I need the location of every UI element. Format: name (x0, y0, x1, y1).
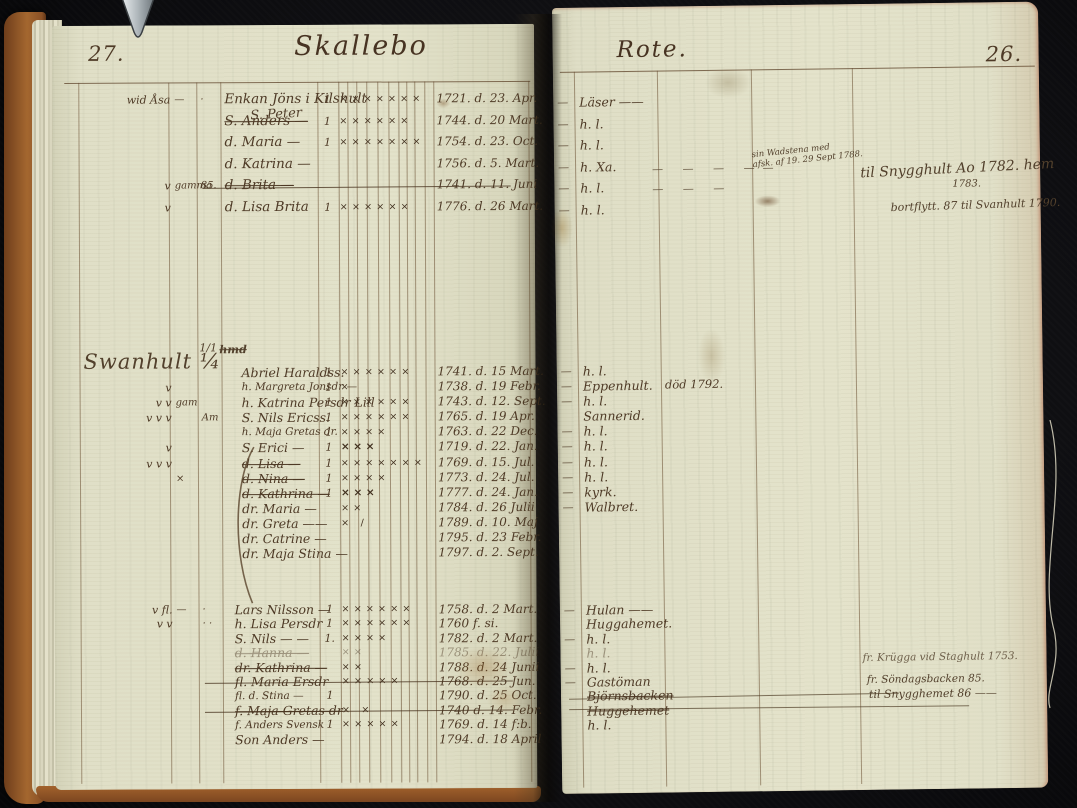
birth-date: 1777. d. 24. Jan. (438, 485, 536, 501)
literacy-note: h. l. (584, 469, 608, 484)
birth-date: 1776. d. 26 Mart. (437, 196, 535, 218)
birth-date: 1789. d. 10. Maj (438, 515, 536, 531)
page-title-left: Skallebo (294, 30, 428, 62)
header-rule (64, 81, 530, 84)
margin-mark: × (176, 471, 200, 486)
margin-mark: v (82, 381, 172, 396)
dash-mark: — (562, 484, 576, 499)
dash-row: — — — (652, 182, 732, 196)
ledger-row: d. Katrina — 1756. d. 5. Mart. (53, 153, 535, 177)
dash-mark: — (562, 454, 576, 469)
person-name: f. Maja Gretas dr (227, 703, 343, 718)
count-mark: 1 (320, 380, 338, 395)
person-name: h. Lisa Persdr (227, 617, 323, 632)
attendance-ticks: ××××× (342, 674, 434, 689)
left-page: 27. Skallebo wid Åsa — · Enkan Jöns i Ki… (52, 24, 537, 790)
page-title-right: Rote. (616, 36, 688, 63)
margin-mark: — (174, 89, 198, 111)
fraction-note: 1/1 (199, 341, 217, 354)
person-name: fl. d. Stina — (227, 689, 304, 704)
birth-date: 1741. d. 11. Juni (437, 174, 535, 196)
literacy-note: Huggehemet (587, 703, 669, 718)
ledger-row: d. Maria — 1 ××××××× 1754. d. 23. Oct. (52, 131, 534, 155)
literacy-note: h. l. (579, 113, 603, 135)
dash-mark: — (564, 604, 578, 619)
dash-mark: — (562, 469, 576, 484)
literacy-note: Läser —— (579, 91, 644, 113)
literacy-note: h. l. (583, 363, 607, 378)
count-mark: 1 (320, 425, 338, 440)
attendance-ticks: × × (342, 703, 434, 718)
attendance-ticks: ×××××× (342, 602, 434, 617)
count-mark: 1 (320, 486, 338, 501)
attendance-ticks: ××× (341, 485, 433, 500)
ledger-row: dr. Maja Stina — 1797. d. 2. Sept. (54, 545, 536, 562)
dash-mark: — (562, 500, 576, 515)
dash-mark: — (558, 178, 572, 200)
page-clip (116, 0, 160, 44)
margin-mark: gamma (175, 176, 199, 198)
attendance-ticks: ×××× (342, 631, 434, 646)
literacy-note: h. Xa. (580, 156, 617, 178)
household-block-lars-nilsson: v fl. — · Lars Nilsson — 1 ×××××× 1758. … (55, 602, 538, 748)
margin-mark: 85. (201, 176, 223, 198)
margin-mark: v (81, 197, 171, 219)
attendance-ticks: ××××× (342, 717, 434, 732)
loose-thread (1020, 420, 1076, 710)
dash-mark: — (561, 379, 575, 394)
attendance-ticks: × / (341, 515, 433, 530)
attendance-ticks: ××××××× (339, 88, 431, 110)
birth-date: 1790. d. 25 Oct. (439, 688, 537, 703)
margin-mark: v (81, 176, 171, 198)
remark-year: 1783. (952, 178, 981, 189)
ledger-row: Son Anders — 1794. d. 18 April (55, 731, 537, 747)
household-block-swanhult: Abriel Haraldss. 1 ×××××× 1741. d. 15 Ma… (53, 364, 536, 562)
person-name: S. Nils Ericss. (226, 410, 330, 426)
birth-date: 1782. d. 2 Mart. (439, 631, 537, 646)
birth-date: 1758. d. 2 Mart. (439, 602, 537, 617)
literacy-note: h. l. (586, 646, 610, 661)
attendance-ticks: ×××××× (341, 410, 433, 425)
dash-mark: — (557, 92, 571, 114)
attendance-ticks: ×××××× (341, 395, 433, 410)
person-name: Son Anders — (227, 732, 325, 747)
person-name: d. Maria — (224, 132, 300, 154)
birth-date: 1769. d. 14 f:b. (439, 717, 537, 732)
birth-date: 1797. d. 2. Sept. (438, 545, 536, 561)
remark-sondagsbacken: fr. Söndagsbacken 85. (867, 672, 985, 686)
dash-mark: — (562, 439, 576, 454)
literacy-note: Sannerid. (583, 408, 645, 424)
count-mark: 1 (318, 89, 336, 111)
dash-mark: — (565, 676, 579, 691)
birth-date: 1744. d. 20 Mart. (436, 109, 534, 131)
birth-date: 1719. d. 22. Jan. (438, 439, 536, 455)
margin-mark: v v (82, 396, 172, 411)
attendance-ticks: ×× (341, 500, 433, 515)
margin-mark: wid Åsa (80, 89, 170, 111)
count-mark: 1 (318, 132, 336, 154)
margin-mark: · (200, 89, 222, 111)
literacy-note: Walbret. (584, 499, 638, 515)
margin-mark: gam (176, 396, 200, 411)
birth-date: 1785. d. 22. Julii (439, 645, 537, 660)
count-mark: 1 (320, 470, 338, 485)
count-mark: 1 (320, 410, 338, 425)
literacy-note: h. l. (584, 439, 608, 454)
dash-mark: — (561, 394, 575, 409)
margin-mark: v (82, 441, 172, 456)
margin-mark: · (203, 603, 225, 618)
grouping-brace (230, 445, 259, 605)
count-mark: 1 (319, 365, 337, 380)
margin-mark: v v v (82, 411, 172, 426)
count-mark: 1 (321, 603, 339, 617)
inserted-name-correction: S. Peter (250, 106, 302, 124)
birth-date: 1784. d. 26 Julii (438, 500, 536, 516)
count-mark: 1 (319, 197, 337, 219)
literacy-note: h. l. (587, 718, 611, 733)
dash-row: — — — —— (652, 161, 782, 176)
literacy-note: kyrk. (584, 484, 616, 500)
count-mark: 1 (321, 689, 339, 703)
attendance-ticks: ××××××× (341, 455, 433, 470)
margin-mark: · · (203, 618, 225, 633)
attendance-ticks: ×××××× (342, 617, 434, 632)
birth-date: 1743. d. 12. Sept. (438, 394, 536, 410)
birth-date: 1773. d. 24. Jul. (438, 470, 536, 486)
person-name: d. Hanna — (227, 646, 309, 661)
dash-mark: — (558, 157, 572, 179)
birth-date: 1794. d. 18 April (439, 731, 537, 746)
page-number-left: 27. (88, 42, 125, 66)
birth-date: 1760 f. si. (439, 616, 537, 631)
ledger-row: v gamma 85. d. Brita — 1741. d. 11. Juni (53, 174, 535, 198)
person-name: d. Katrina — (225, 154, 311, 176)
margin-mark: — (177, 603, 201, 618)
dash-mark: — (565, 661, 579, 676)
attendance-ticks: ××××××× (339, 132, 431, 154)
ledger-photo: 27. Skallebo wid Åsa — · Enkan Jöns i Ki… (0, 0, 1077, 808)
attendance-ticks: × (341, 379, 433, 394)
literacy-note: h. l. (583, 424, 607, 439)
dash-mark: — (559, 200, 573, 222)
count-mark: 1 (318, 110, 336, 132)
person-name: f. Anders Svensk (227, 718, 324, 733)
page-number-right: 26. (985, 42, 1022, 66)
birth-date: 1795. d. 23 Febr. (438, 530, 536, 546)
birth-date: 1721. d. 23. Apr. (436, 88, 534, 110)
literacy-note: h. l. (584, 454, 608, 469)
literacy-block-2: — h. l. — Eppenhult. död 1792. — h. l. S… (557, 358, 1046, 561)
margin-mark: v v (83, 618, 173, 633)
attendance-ticks: ×× (342, 646, 434, 661)
attendance-ticks: ×××××× (339, 110, 431, 132)
dash-mark: — (557, 113, 571, 135)
attendance-ticks: ××× (341, 440, 433, 455)
dash-mark: — (561, 364, 575, 379)
margin-mark: Am (202, 411, 224, 426)
count-mark: 1 (320, 395, 338, 410)
count-mark: 1 (321, 617, 339, 631)
birth-date: 1740 d. 14. Febr. (439, 703, 537, 718)
remark-krugga: fr. Krügga vid Staghult 1753. (862, 650, 1017, 664)
birth-date: 1768. d. 25 Jun. (439, 674, 537, 689)
attendance-ticks: ×××××× (340, 364, 432, 379)
person-name: d. Brita — (225, 175, 294, 197)
attendance-ticks: ×× (342, 660, 434, 675)
right-page: 26. Rote. — Läser —— — h. l. — h. l. — h… (552, 2, 1048, 794)
person-name: fl. Maria Ersdr (227, 675, 328, 690)
birth-date: 1756. d. 5. Mart. (437, 153, 535, 175)
birth-date: 1763. d. 22 Dec. (438, 424, 536, 440)
birth-date: 1788. d. 24 Junii (439, 659, 537, 674)
dash-mark: — (561, 424, 575, 439)
birth-date: 1738. d. 19 Febr. (438, 379, 536, 395)
dash-mark: — (558, 135, 572, 157)
literacy-note: h. l. (583, 394, 607, 409)
attendance-ticks: ×××× (341, 470, 433, 485)
margin-mark: v v v (82, 456, 172, 471)
birth-date: 1754. d. 23. Oct. (436, 131, 534, 153)
count-mark: 1. (321, 632, 339, 646)
birth-date: 1741. d. 15 Mart. (437, 364, 535, 380)
literacy-note: h. l. (580, 135, 604, 157)
attendance-ticks: ×××××× (340, 196, 432, 218)
attendance-ticks: ×××× (341, 425, 433, 440)
remark-note: död 1792. (665, 377, 723, 393)
count-mark: 1 (321, 718, 339, 732)
count-mark: 1 (320, 440, 338, 455)
literacy-note: Eppenhult. (583, 378, 653, 394)
ledger-row: v d. Lisa Brita 1 ×××××× 1776. d. 26 Mar… (53, 196, 535, 220)
header-rule (560, 66, 1035, 73)
birth-date: 1765. d. 19 Apr. (438, 409, 536, 425)
margin-mark: v fl. (83, 603, 173, 618)
birth-date: 1769. d. 15. Jul. (438, 454, 536, 470)
count-mark: 1 (320, 455, 338, 470)
struck-margin-word: hmd (219, 343, 246, 356)
literacy-note: h. l. (581, 199, 605, 221)
literacy-note: Huggahemet. (586, 617, 672, 633)
person-name: d. Lisa Brita (225, 197, 309, 219)
dash-mark: — (564, 632, 578, 647)
literacy-note: h. l. (580, 178, 604, 200)
